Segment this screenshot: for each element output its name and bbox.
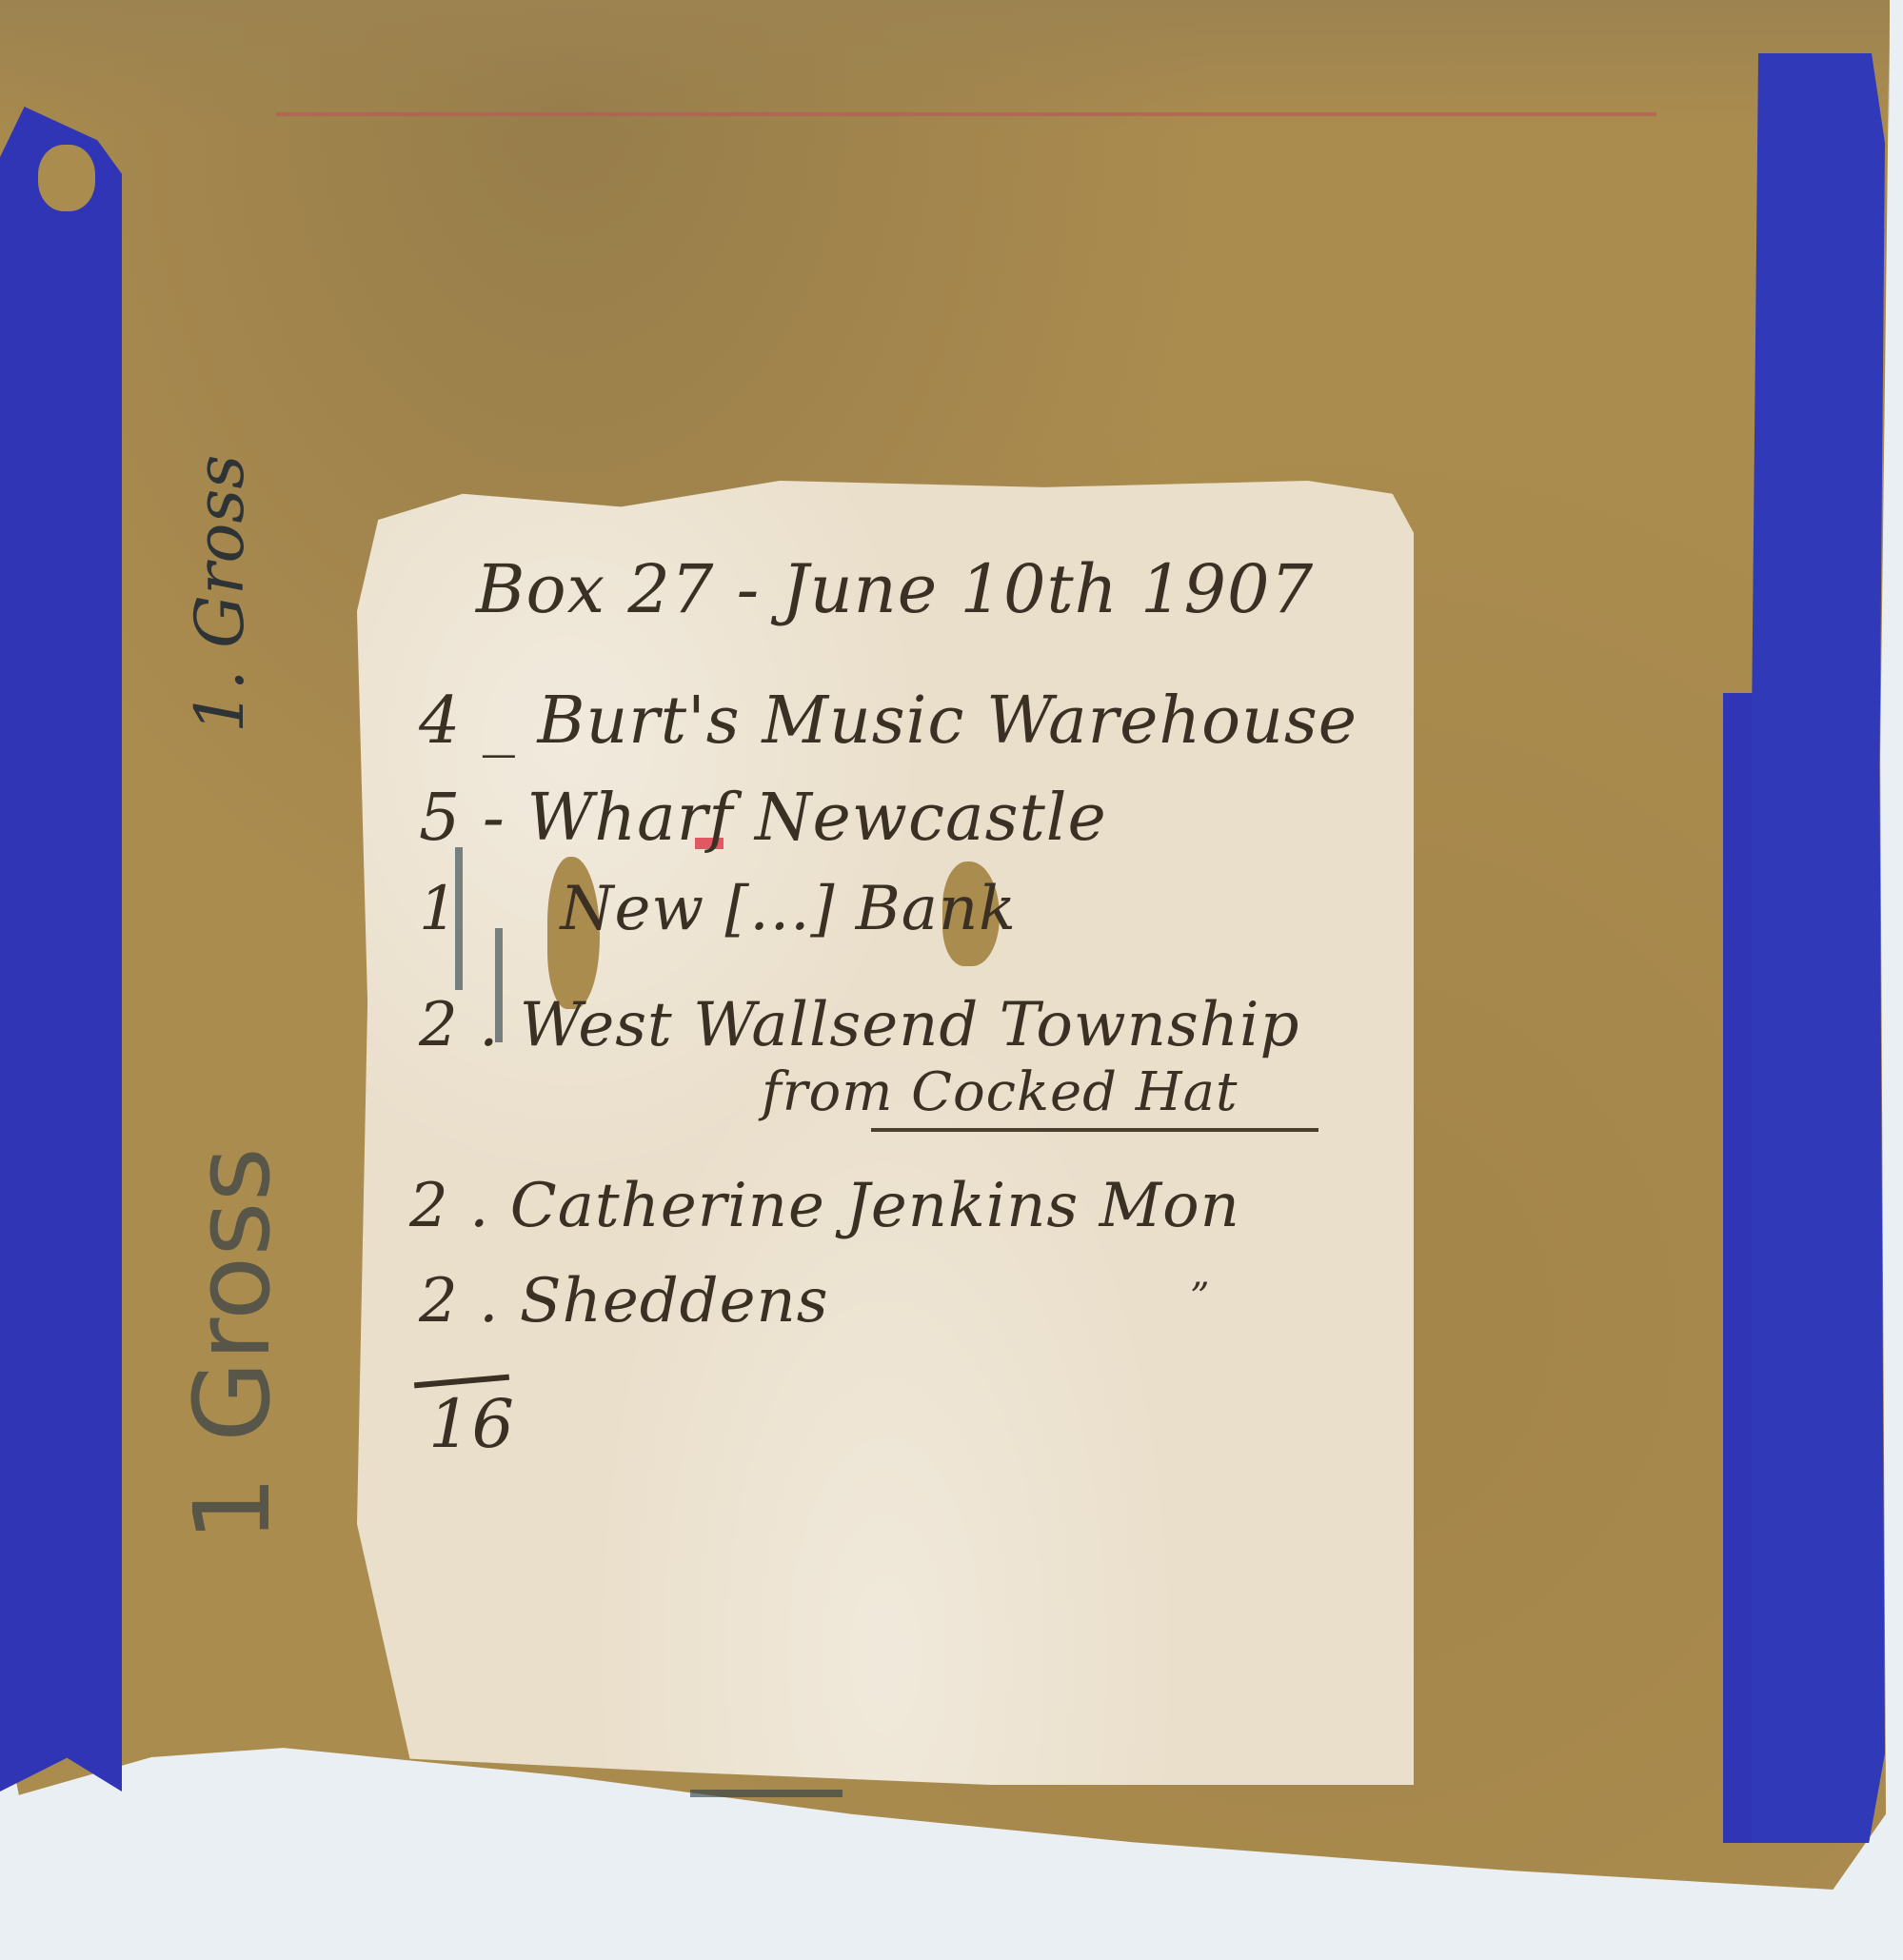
entry-text: Wharf Newcastle: [526, 781, 1106, 856]
blue-binding-tape-right: [1752, 53, 1885, 1843]
entry-text: West Wallsend Township: [520, 990, 1300, 1060]
entry-quantity: 1: [419, 874, 459, 944]
entry-quantity: 2: [409, 1171, 449, 1241]
entry-quantity: 5: [419, 781, 461, 856]
entry-quantity: 2: [419, 1266, 459, 1336]
entry-text: Sheddens: [520, 1266, 829, 1336]
red-ruled-line: [276, 112, 1656, 116]
torn-tape-patch: [38, 145, 95, 211]
label-entry: 2 . Sheddens: [419, 1266, 829, 1336]
entry-text: Catherine Jenkins Mon: [510, 1171, 1240, 1241]
paper-label: [357, 481, 1414, 1785]
entry-quantity: 2: [419, 990, 459, 1060]
label-entry: 5 - Wharf Newcastle: [419, 781, 1107, 856]
entry-text: New [...] Bank: [560, 874, 1017, 944]
entry-subtext: from Cocked Hat: [762, 1061, 1239, 1123]
label-heading: Box 27 - June 10th 1907: [476, 550, 1314, 628]
label-total: 16: [428, 1385, 515, 1463]
label-entry: 2 . Catherine Jenkins Mon: [409, 1171, 1240, 1241]
label-entry: 1 New [...] Bank: [419, 874, 1017, 944]
section-underline: [871, 1128, 1318, 1132]
label-entry: 2 . West Wallsend Township: [419, 990, 1299, 1060]
blue-binding-tape-left: [0, 107, 122, 1792]
entry-quantity: 4: [419, 683, 461, 759]
pencil-note-lower: 1 Gross: [171, 1147, 293, 1542]
ditto-mark: ”: [1190, 1276, 1210, 1319]
label-entry: 4 _ Burt's Music Warehouse: [419, 683, 1358, 759]
pencil-note-upper: 1. Gross: [181, 455, 259, 733]
entry-text: Burt's Music Warehouse: [538, 683, 1358, 759]
printed-border-fragment: [690, 1790, 842, 1797]
